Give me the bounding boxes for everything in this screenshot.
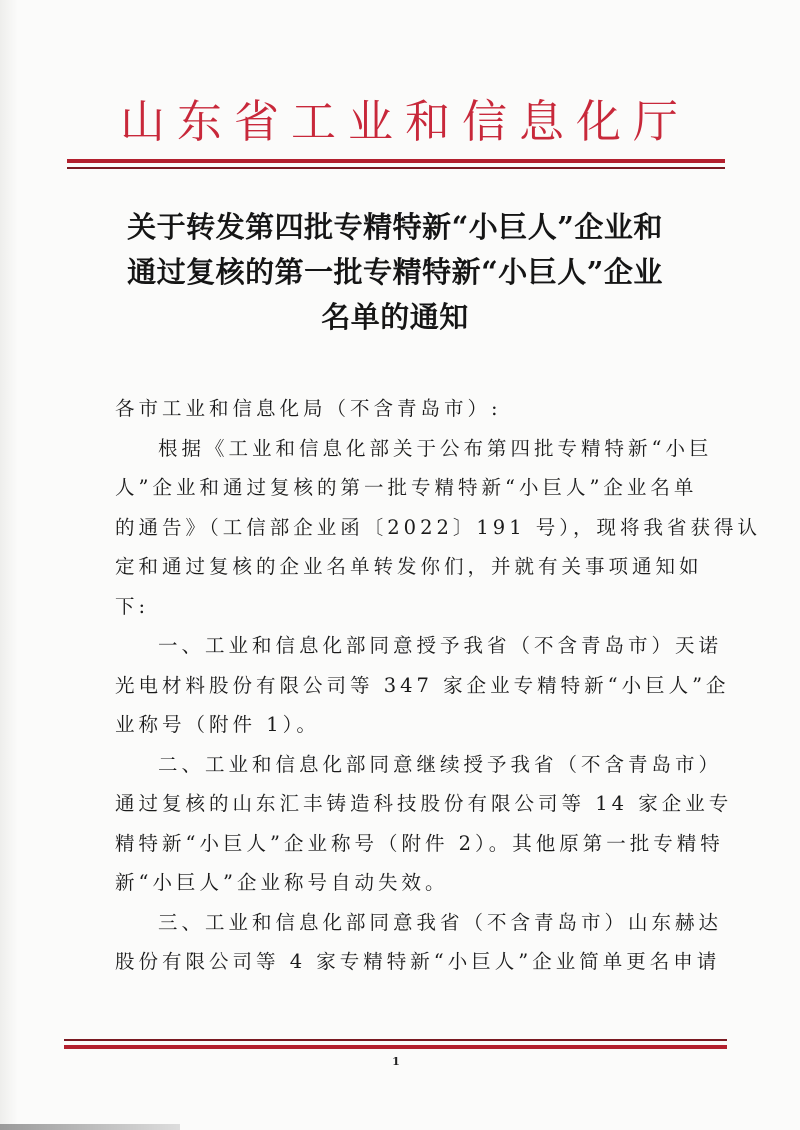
item-one-line: 业称号（附件 1）。 <box>115 705 675 745</box>
scan-shadow <box>0 1124 180 1130</box>
item-one-line: 光电材料股份有限公司等 347 家企业专精特新“小巨人”企 <box>115 666 675 706</box>
title-line-3: 名单的通知 <box>100 295 690 340</box>
body-line: 定和通过复核的企业名单转发你们，并就有关事项通知如 <box>115 547 675 587</box>
issuer-header: 山东省工业和信息化厅 <box>120 92 680 152</box>
header-rule-thick <box>67 159 725 163</box>
page-number: 1 <box>390 1055 402 1068</box>
item-two-line: 新“小巨人”企业称号自动失效。 <box>115 863 675 903</box>
item-three-line: 股份有限公司等 4 家专精特新“小巨人”企业简单更名申请 <box>115 942 675 982</box>
title-line-2: 通过复核的第一批专精特新“小巨人”企业 <box>100 250 690 295</box>
body-line: 的通告》（工信部企业函〔2022〕191 号），现将我省获得认 <box>115 508 675 548</box>
salutation: 各市工业和信息化局（不含青岛市）: <box>115 389 675 429</box>
item-two-line: 通过复核的山东汇丰铸造科技股份有限公司等 14 家企业专 <box>115 784 675 824</box>
header-rule-thin <box>67 167 725 169</box>
footer-rule-thick <box>64 1045 727 1049</box>
body-line: 下: <box>115 587 675 627</box>
document-title: 关于转发第四批专精特新“小巨人”企业和 通过复核的第一批专精特新“小巨人”企业 … <box>100 205 690 340</box>
body-line: 人”企业和通过复核的第一批专精特新“小巨人”企业名单 <box>115 468 675 508</box>
item-one-line: 一、工业和信息化部同意授予我省（不含青岛市）天诺 <box>115 626 675 666</box>
item-two-line: 精特新“小巨人”企业称号（附件 2）。其他原第一批专精特 <box>115 824 675 864</box>
footer-rule-thin <box>64 1039 727 1041</box>
title-line-1: 关于转发第四批专精特新“小巨人”企业和 <box>100 205 690 250</box>
item-three-line: 三、工业和信息化部同意我省（不含青岛市）山东赫达 <box>115 903 675 943</box>
body-line: 根据《工业和信息化部关于公布第四批专精特新“小巨 <box>115 429 675 469</box>
page-edge-shade <box>0 0 18 1130</box>
document-body: 各市工业和信息化局（不含青岛市）: 根据《工业和信息化部关于公布第四批专精特新“… <box>115 389 675 982</box>
item-two-line: 二、工业和信息化部同意继续授予我省（不含青岛市） <box>115 745 675 785</box>
